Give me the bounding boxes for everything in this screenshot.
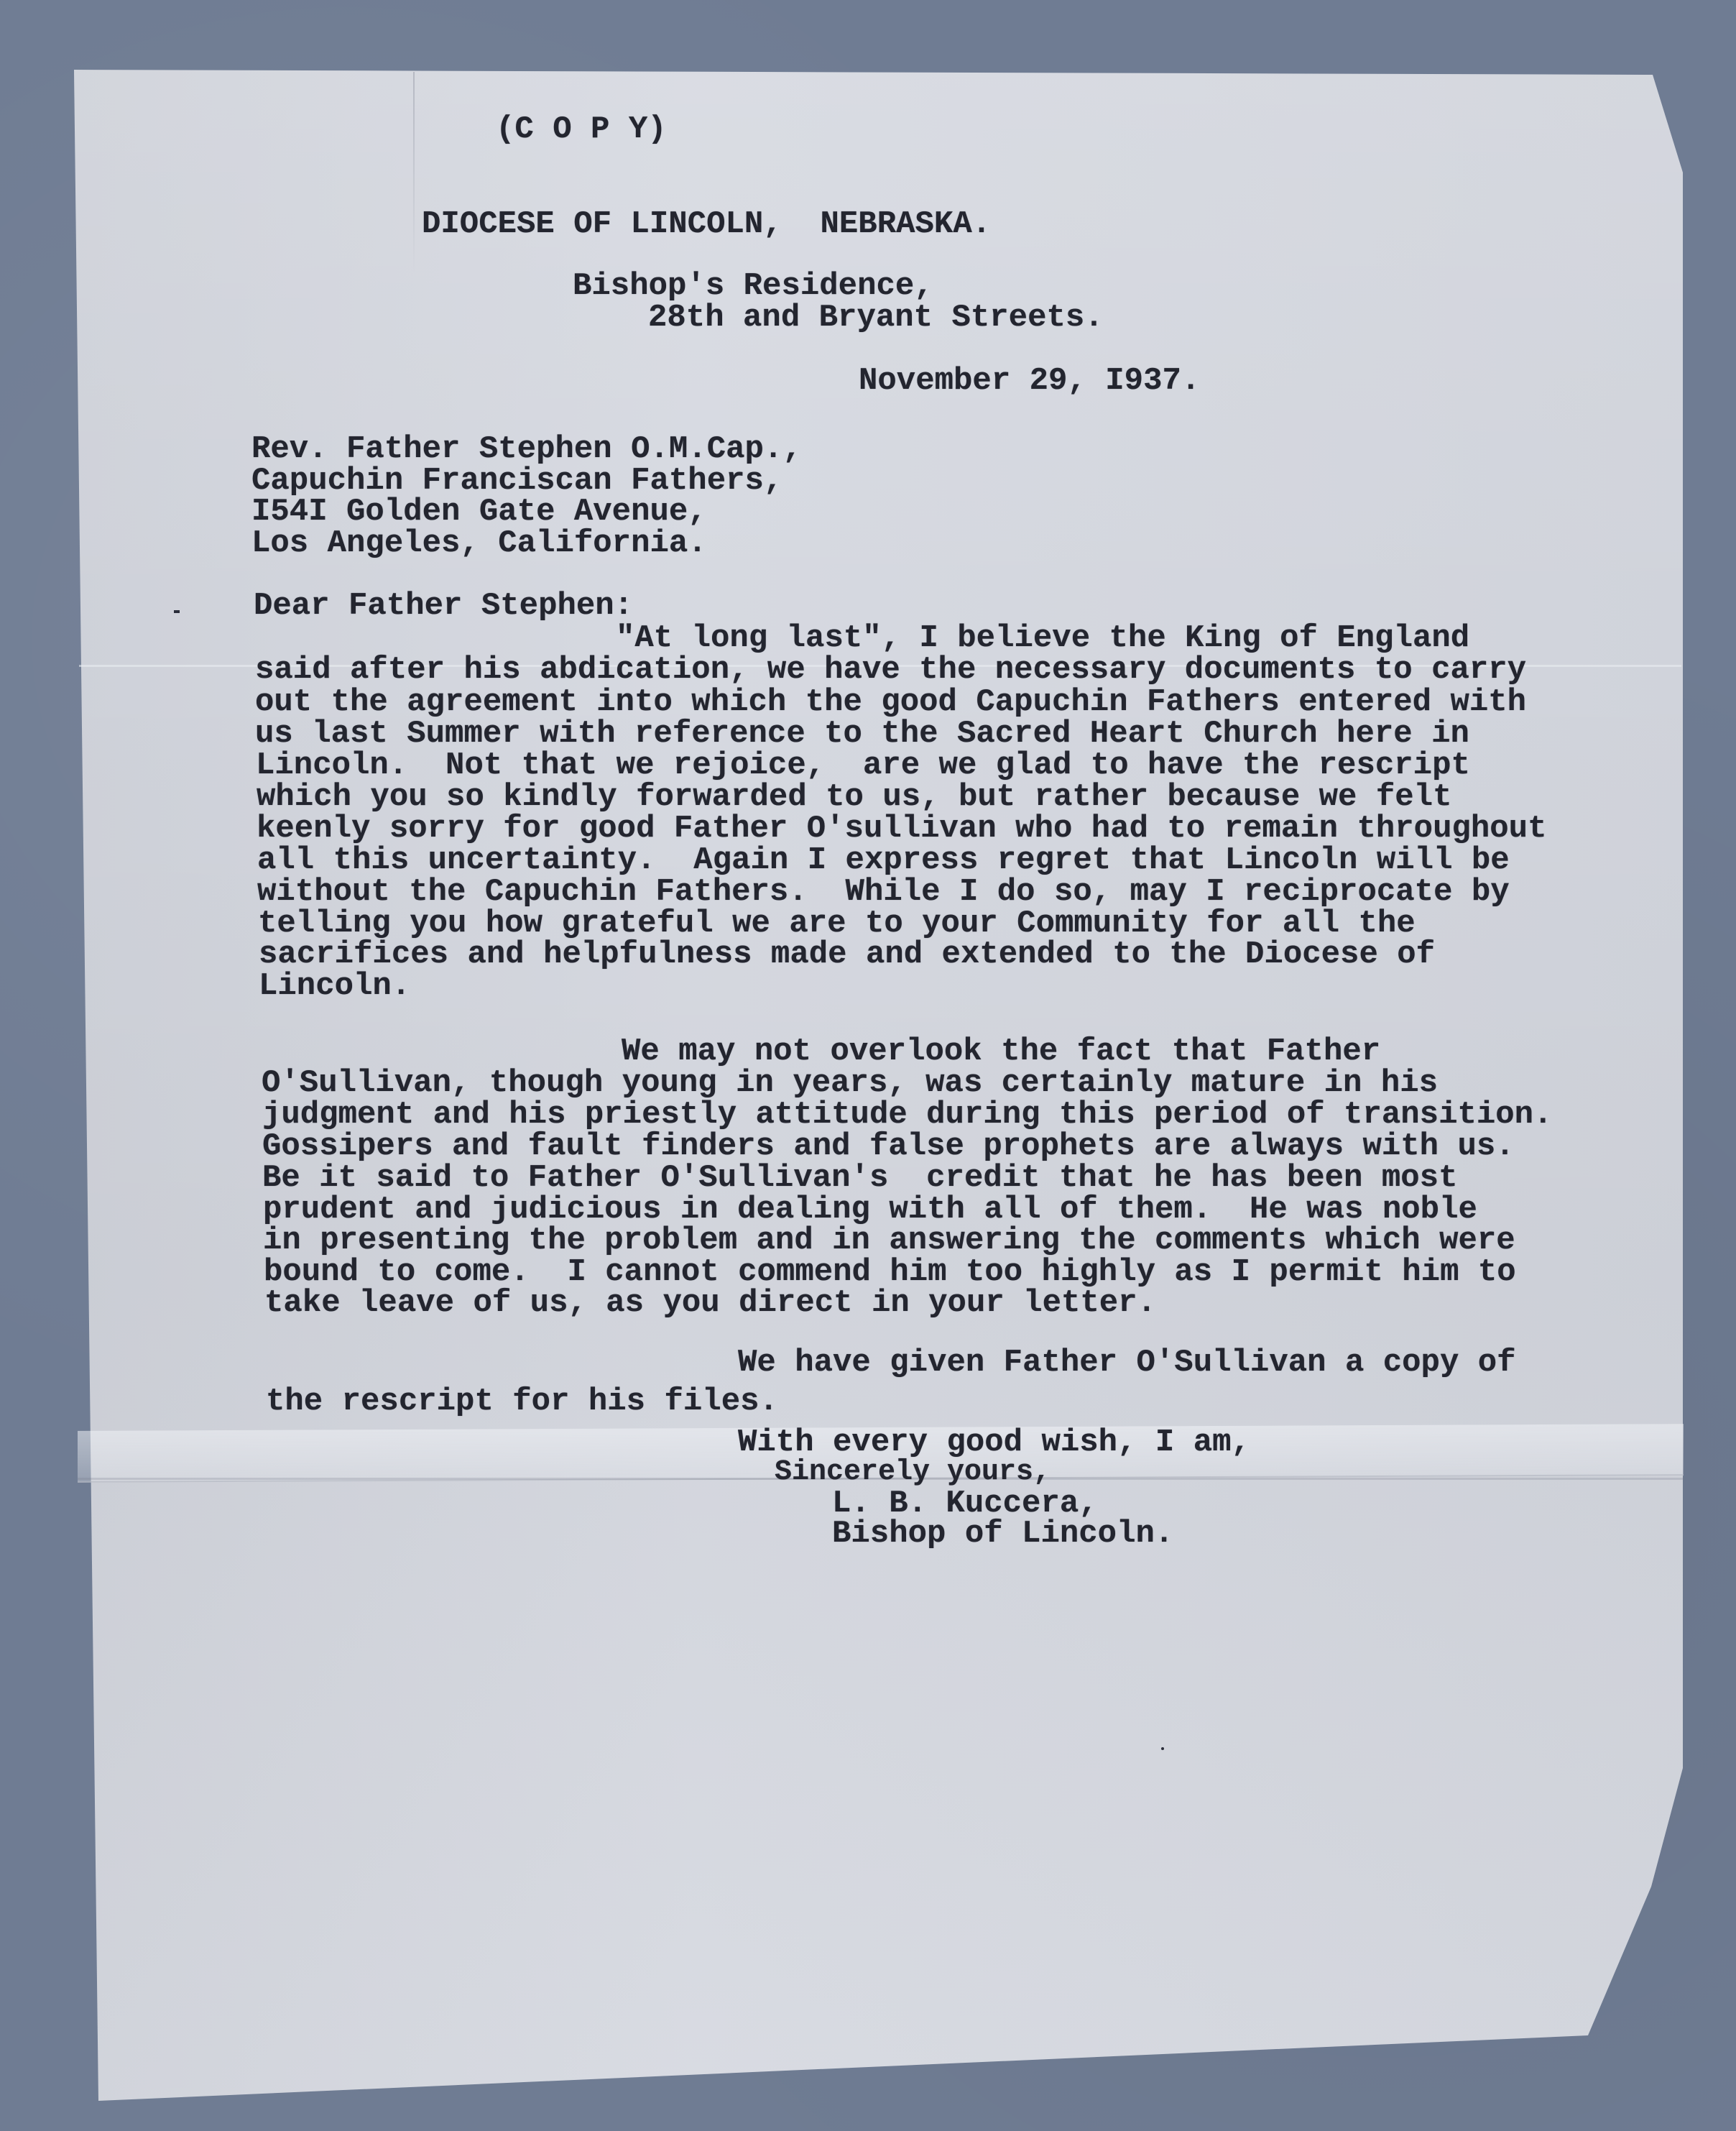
- paragraph-line: bound to come. I cannot commend him too …: [264, 1256, 1516, 1288]
- sender-address-line-1: Bishop's Residence,: [573, 270, 933, 302]
- paragraph-line: Gossipers and fault finders and false pr…: [262, 1131, 1515, 1162]
- valediction: Sincerely yours,: [775, 1457, 1051, 1488]
- paragraph-line: out the agreement into which the good Ca…: [255, 686, 1526, 718]
- paragraph-line: "At long last", I believe the King of En…: [616, 622, 1469, 654]
- copy-mark: (C O P Y): [496, 114, 667, 145]
- paragraph-line: telling you how grateful we are to your …: [258, 908, 1416, 939]
- paragraph-line: Be it said to Father O'Sullivan's credit…: [262, 1162, 1457, 1194]
- vertical-crease: [413, 72, 415, 273]
- recipient-line-1: Rev. Father Stephen O.M.Cap.,: [251, 433, 802, 465]
- paragraph-line: keenly sorry for good Father O'sullivan …: [257, 813, 1547, 844]
- letterhead: DIOCESE OF LINCOLN, NEBRASKA.: [422, 208, 991, 240]
- signature-name: L. B. Kuccera,: [832, 1488, 1098, 1519]
- paragraph-line: sacrifices and helpfulness made and exte…: [259, 939, 1435, 970]
- letter-date: November 29, I937.: [859, 365, 1200, 397]
- paragraph-line: prudent and judicious in dealing with al…: [263, 1194, 1477, 1225]
- paragraph-line: take leave of us, as you direct in your …: [264, 1287, 1156, 1319]
- salutation: Dear Father Stephen:: [254, 590, 633, 622]
- paragraph-line: which you so kindly forwarded to us, but…: [257, 781, 1451, 813]
- recipient-line-4: Los Angeles, California.: [251, 528, 707, 559]
- ink-dot-mark: [1161, 1747, 1164, 1750]
- paragraph-line: Lincoln. Not that we rejoice, are we gla…: [256, 750, 1470, 781]
- ink-dash-mark: [174, 610, 180, 613]
- paragraph-line: We have given Father O'Sullivan a copy o…: [738, 1347, 1516, 1379]
- paragraph-line: said after his abdication, we have the n…: [255, 654, 1526, 686]
- recipient-line-2: Capuchin Franciscan Fathers,: [251, 465, 782, 497]
- paragraph-line: all this uncertainty. Again I express re…: [257, 844, 1510, 876]
- recipient-line-3: I54I Golden Gate Avenue,: [251, 496, 707, 528]
- paragraph-line: the rescript for his files.: [266, 1386, 778, 1417]
- paragraph-line: without the Capuchin Fathers. While I do…: [257, 876, 1510, 908]
- paragraph-line: We may not overlook the fact that Father: [622, 1036, 1380, 1067]
- sender-address-line-2: 28th and Bryant Streets.: [648, 302, 1104, 333]
- paragraph-line: O'Sullivan, though young in years, was c…: [262, 1067, 1438, 1099]
- paragraph-line: Lincoln.: [259, 970, 410, 1002]
- signature-title: Bishop of Lincoln.: [832, 1518, 1173, 1550]
- paragraph-line: judgment and his priestly attitude durin…: [262, 1099, 1553, 1131]
- paragraph-line: us last Summer with reference to the Sac…: [255, 718, 1469, 750]
- paragraph-line: in presenting the problem and in answeri…: [263, 1225, 1515, 1256]
- closing-line: With every good wish, I am,: [738, 1427, 1250, 1458]
